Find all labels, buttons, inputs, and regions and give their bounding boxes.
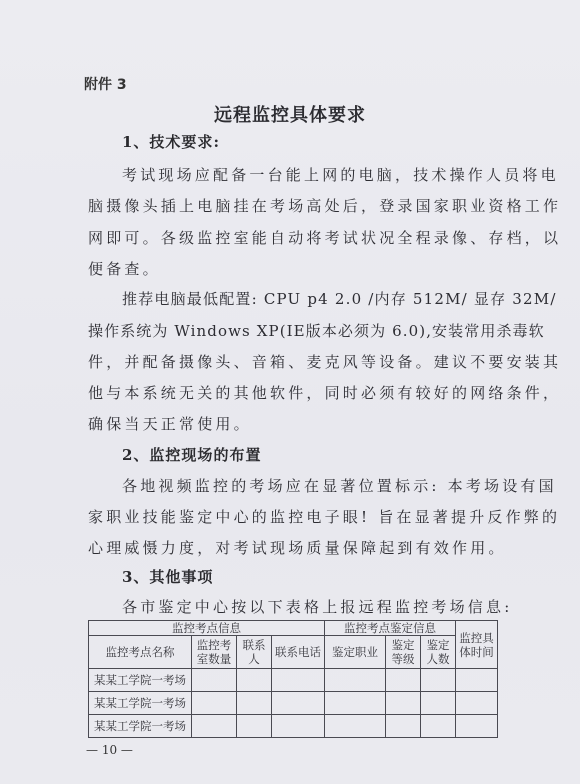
cell [421, 669, 456, 692]
section-1-heading: 1、技术要求: [122, 131, 220, 152]
cell [325, 669, 386, 692]
paragraph-line: 操作系统为 Windows XP(IE版本必须为 6.0),安装常用杀毒软 [88, 320, 545, 341]
cell [421, 715, 456, 738]
paragraph-line: 便备查。 [88, 258, 161, 279]
exam-site-info-table: 监控考点信息 监控考点鉴定信息 监控具体时间 监控考点名称 监控考室数量 联系人… [88, 620, 498, 738]
cell [421, 692, 456, 715]
section-3-heading: 3、其他事项 [122, 566, 213, 587]
header-contact-person: 联系人 [237, 636, 272, 669]
cell [237, 692, 272, 715]
paragraph-line: 各地视频监控的考场应在显著位置标示: 本考场设有国 [122, 475, 557, 496]
cell [272, 715, 325, 738]
group-header-site-info: 监控考点信息 [89, 621, 325, 636]
cell [386, 715, 421, 738]
cell-site-name: 某某工学院一考场 [89, 692, 192, 715]
cell [325, 715, 386, 738]
section-2-heading: 2、监控现场的布置 [122, 444, 261, 465]
paragraph-line: 他与本系统无关的其他软件，同时必须有较好的网络条件， [88, 382, 561, 403]
cell-site-name: 某某工学院一考场 [89, 715, 192, 738]
table-row: 某某工学院一考场 [89, 715, 498, 738]
cell [272, 669, 325, 692]
paragraph-line: 确保当天正常使用。 [88, 413, 252, 434]
attachment-label: 附件 3 [84, 74, 127, 94]
document-page: 附件 3 远程监控具体要求 1、技术要求: 考试现场应配备一台能上网的电脑，技术… [0, 0, 580, 784]
header-level: 鉴定等级 [386, 636, 421, 669]
cell [192, 715, 237, 738]
paragraph-line: 件，并配备摄像头、音箱、麦克风等设备。建议不要安装其 [88, 351, 561, 372]
cell [237, 669, 272, 692]
cell [456, 692, 498, 715]
page-number: — 10 — [86, 743, 133, 757]
paragraph-line: 各市鉴定中心按以下表格上报远程监控考场信息: [122, 596, 512, 617]
cell [272, 692, 325, 715]
paragraph-line: 脑摄像头插上电脑挂在考场高处后，登录国家职业资格工作 [88, 195, 561, 216]
header-monitor-time: 监控具体时间 [456, 621, 498, 669]
header-occupation: 鉴定职业 [325, 636, 386, 669]
cell [192, 692, 237, 715]
cell [456, 715, 498, 738]
cell [192, 669, 237, 692]
cell [386, 692, 421, 715]
paragraph-line: 家职业技能鉴定中心的监控电子眼! 旨在显著提升反作弊的 [88, 506, 560, 527]
group-header-appraisal-info: 监控考点鉴定信息 [325, 621, 456, 636]
paragraph-line: 心理威慑力度，对考试现场质量保障起到有效作用。 [88, 537, 507, 558]
header-room-count: 监控考室数量 [192, 636, 237, 669]
cell-site-name: 某某工学院一考场 [89, 669, 192, 692]
cell [386, 669, 421, 692]
cell [325, 692, 386, 715]
header-contact-phone: 联系电话 [272, 636, 325, 669]
table-row: 某某工学院一考场 [89, 692, 498, 715]
header-site-name: 监控考点名称 [89, 636, 192, 669]
table-row: 某某工学院一考场 [89, 669, 498, 692]
paragraph-line: 推荐电脑最低配置: CPU p4 2.0 /内存 512M/ 显存 32M/ [122, 288, 557, 309]
paragraph-line: 考试现场应配备一台能上网的电脑，技术操作人员将电 [122, 164, 559, 185]
paragraph-line: 网即可。各级监控室能自动将考试状况全程录像、存档，以 [88, 227, 561, 248]
cell [456, 669, 498, 692]
document-title: 远程监控具体要求 [0, 101, 580, 127]
cell [237, 715, 272, 738]
header-headcount: 鉴定人数 [421, 636, 456, 669]
